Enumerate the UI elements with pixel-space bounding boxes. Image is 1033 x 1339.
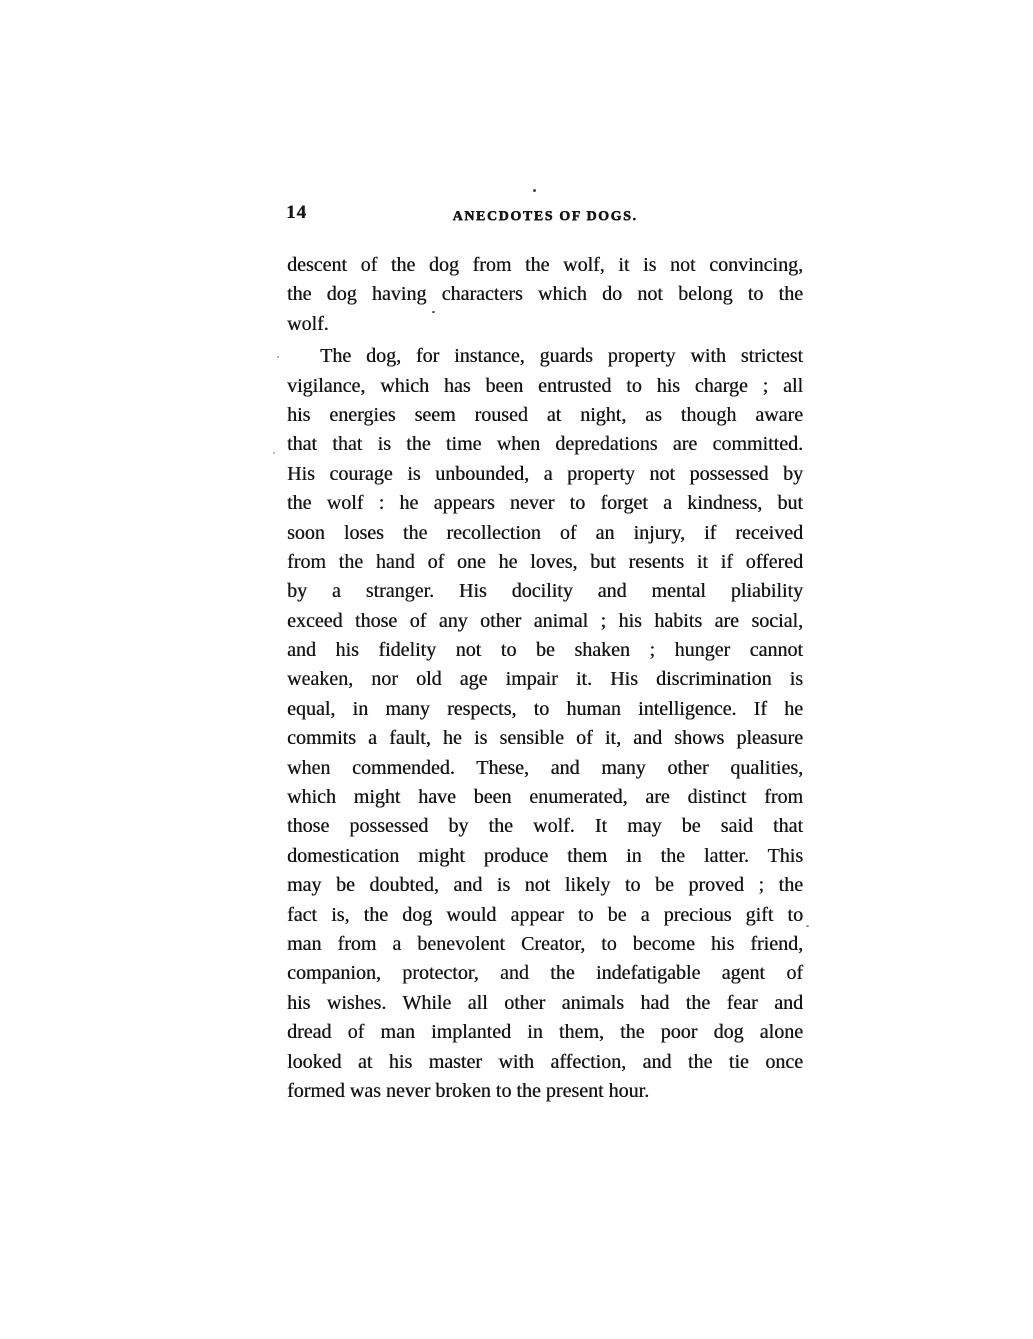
- text-line: from the hand of one he loves, but resen…: [287, 548, 803, 577]
- text-line: and his fidelity not to be shaken ; hung…: [287, 636, 803, 665]
- text-line: when commended. These, and many other qu…: [287, 754, 803, 783]
- text-line: commits a fault, he is sensible of it, a…: [287, 724, 803, 753]
- running-header: ANECDOTES OF DOGS.: [287, 209, 803, 225]
- paragraph: The dog, for instance, guards property w…: [287, 342, 803, 1106]
- scan-speck: [273, 452, 275, 454]
- text-line: his wishes. While all other animals had …: [287, 989, 803, 1018]
- text-line: those possessed by the wolf. It may be s…: [287, 812, 803, 841]
- text-line: looked at his master with affection, and…: [287, 1048, 803, 1077]
- text-line: formed was never broken to the present h…: [287, 1077, 803, 1106]
- book-page: 14 ANECDOTES OF DOGS. descent of the dog…: [0, 0, 1033, 1339]
- text-line: man from a benevolent Creator, to become…: [287, 930, 803, 959]
- text-line: dread of man implanted in them, the poor…: [287, 1018, 803, 1047]
- scan-speck: [533, 189, 536, 192]
- body-text: descent of the dog from the wolf, it is …: [287, 251, 803, 1106]
- text-line: exceed those of any other animal ; his h…: [287, 607, 803, 636]
- text-line: the wolf : he appears never to forget a …: [287, 489, 803, 518]
- text-line: descent of the dog from the wolf, it is …: [287, 251, 803, 280]
- scan-speck: [432, 311, 435, 313]
- text-line: companion, protector, and the indefatiga…: [287, 959, 803, 988]
- text-line: the dog having characters which do not b…: [287, 280, 803, 309]
- text-line: by a stranger. His docility and mental p…: [287, 577, 803, 606]
- scan-speck: [277, 356, 279, 358]
- text-line: soon loses the recollection of an injury…: [287, 519, 803, 548]
- text-line: vigilance, which has been entrusted to h…: [287, 372, 803, 401]
- text-line: wolf.: [287, 310, 803, 339]
- text-line: that that is the time when depredations …: [287, 430, 803, 459]
- text-line: The dog, for instance, guards property w…: [287, 342, 803, 371]
- text-line: His courage is unbounded, a property not…: [287, 460, 803, 489]
- text-line: fact is, the dog would appear to be a pr…: [287, 901, 803, 930]
- text-line: weaken, nor old age impair it. His discr…: [287, 665, 803, 694]
- paragraph: descent of the dog from the wolf, it is …: [287, 251, 803, 339]
- text-line: may be doubted, and is not likely to be …: [287, 871, 803, 900]
- text-line: equal, in many respects, to human intell…: [287, 695, 803, 724]
- text-line: which might have been enumerated, are di…: [287, 783, 803, 812]
- text-line: domestication might produce them in the …: [287, 842, 803, 871]
- scan-speck: [806, 925, 809, 927]
- text-line: his energies seem roused at night, as th…: [287, 401, 803, 430]
